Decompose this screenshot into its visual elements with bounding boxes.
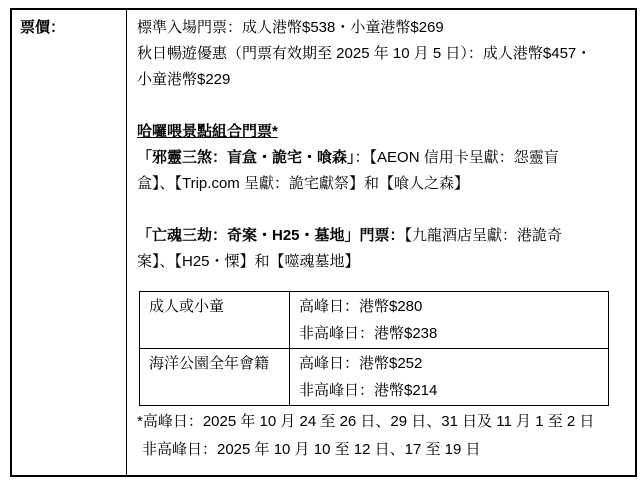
combo-set2-title: 「亡魂三劫：奇案・H25・墓地」門票： <box>137 227 405 244</box>
fare-row-label: 票價： <box>20 19 65 36</box>
price-row-values: 高峰日：港幣$280 非高峰日：港幣$238 <box>290 292 608 349</box>
combo-set2-line2: 案】、【H25・慄】和【噬魂墓地】 <box>137 249 625 275</box>
off-peak-price: 非高峰日：港幣$238 <box>299 320 599 347</box>
fare-info-table: 票價： 標準入場門票：成人港幣$538・小童港幣$269 秋日暢遊優惠（門票有效… <box>10 8 637 477</box>
peak-price: 高峰日：港幣$252 <box>299 350 599 377</box>
combo-set2-attractions-start: 【九龍酒店呈獻：港詭奇 <box>405 227 563 244</box>
combo-set2-line1: 「亡魂三劫：奇案・H25・墓地」門票：【九龍酒店呈獻：港詭奇 <box>137 223 625 249</box>
footnote-off-peak-days: 非高峰日：2025 年 10 月 10 至 12 日、17 至 19 日 <box>137 436 625 464</box>
combo-set1-line2: 盒】、【Trip.com 呈獻：詭宅獻祭】和【喰人之森】 <box>137 171 625 197</box>
fare-label-cell: 票價： <box>12 10 127 475</box>
footnote-peak-days: *高峰日：2025 年 10 月 24 至 26 日、29 日、31 日及 11… <box>137 408 625 436</box>
combo-set1-attractions-start: ：【AEON 信用卡呈獻：怨靈盲 <box>355 149 559 166</box>
standard-ticket-line: 標準入場門票：成人港幣$538・小童港幣$269 <box>137 15 625 41</box>
price-row-category: 海洋公園全年會籍 <box>140 349 290 405</box>
price-row-values: 高峰日：港幣$252 非高峰日：港幣$214 <box>290 349 608 405</box>
document-page: 票價： 標準入場門票：成人港幣$538・小童港幣$269 秋日暢遊優惠（門票有效… <box>0 0 643 488</box>
spacer <box>137 93 625 119</box>
autumn-offer-line-cont: 小童港幣$229 <box>137 67 625 93</box>
spacer <box>137 197 625 223</box>
combo-set1-line1: 「邪靈三煞：盲盒・詭宅・喰森」：【AEON 信用卡呈獻：怨靈盲 <box>137 145 625 171</box>
autumn-offer-line: 秋日暢遊優惠（門票有效期至 2025 年 10 月 5 日）：成人港幣$457・ <box>137 41 625 67</box>
combo-ticket-heading: 哈囉喂景點組合門票* <box>137 119 625 145</box>
combo-price-table: 成人或小童 高峰日：港幣$280 非高峰日：港幣$238 海洋公園全年會籍 高峰… <box>139 291 609 406</box>
combo-ticket-heading-text: 哈囉喂景點組合門票* <box>137 123 278 140</box>
off-peak-price: 非高峰日：港幣$214 <box>299 377 599 404</box>
combo-set1-title: 「邪靈三煞：盲盒・詭宅・喰森」 <box>137 149 355 166</box>
peak-price: 高峰日：港幣$280 <box>299 293 599 320</box>
price-row-category: 成人或小童 <box>140 292 290 349</box>
fare-content-cell: 標準入場門票：成人港幣$538・小童港幣$269 秋日暢遊優惠（門票有效期至 2… <box>127 10 635 475</box>
